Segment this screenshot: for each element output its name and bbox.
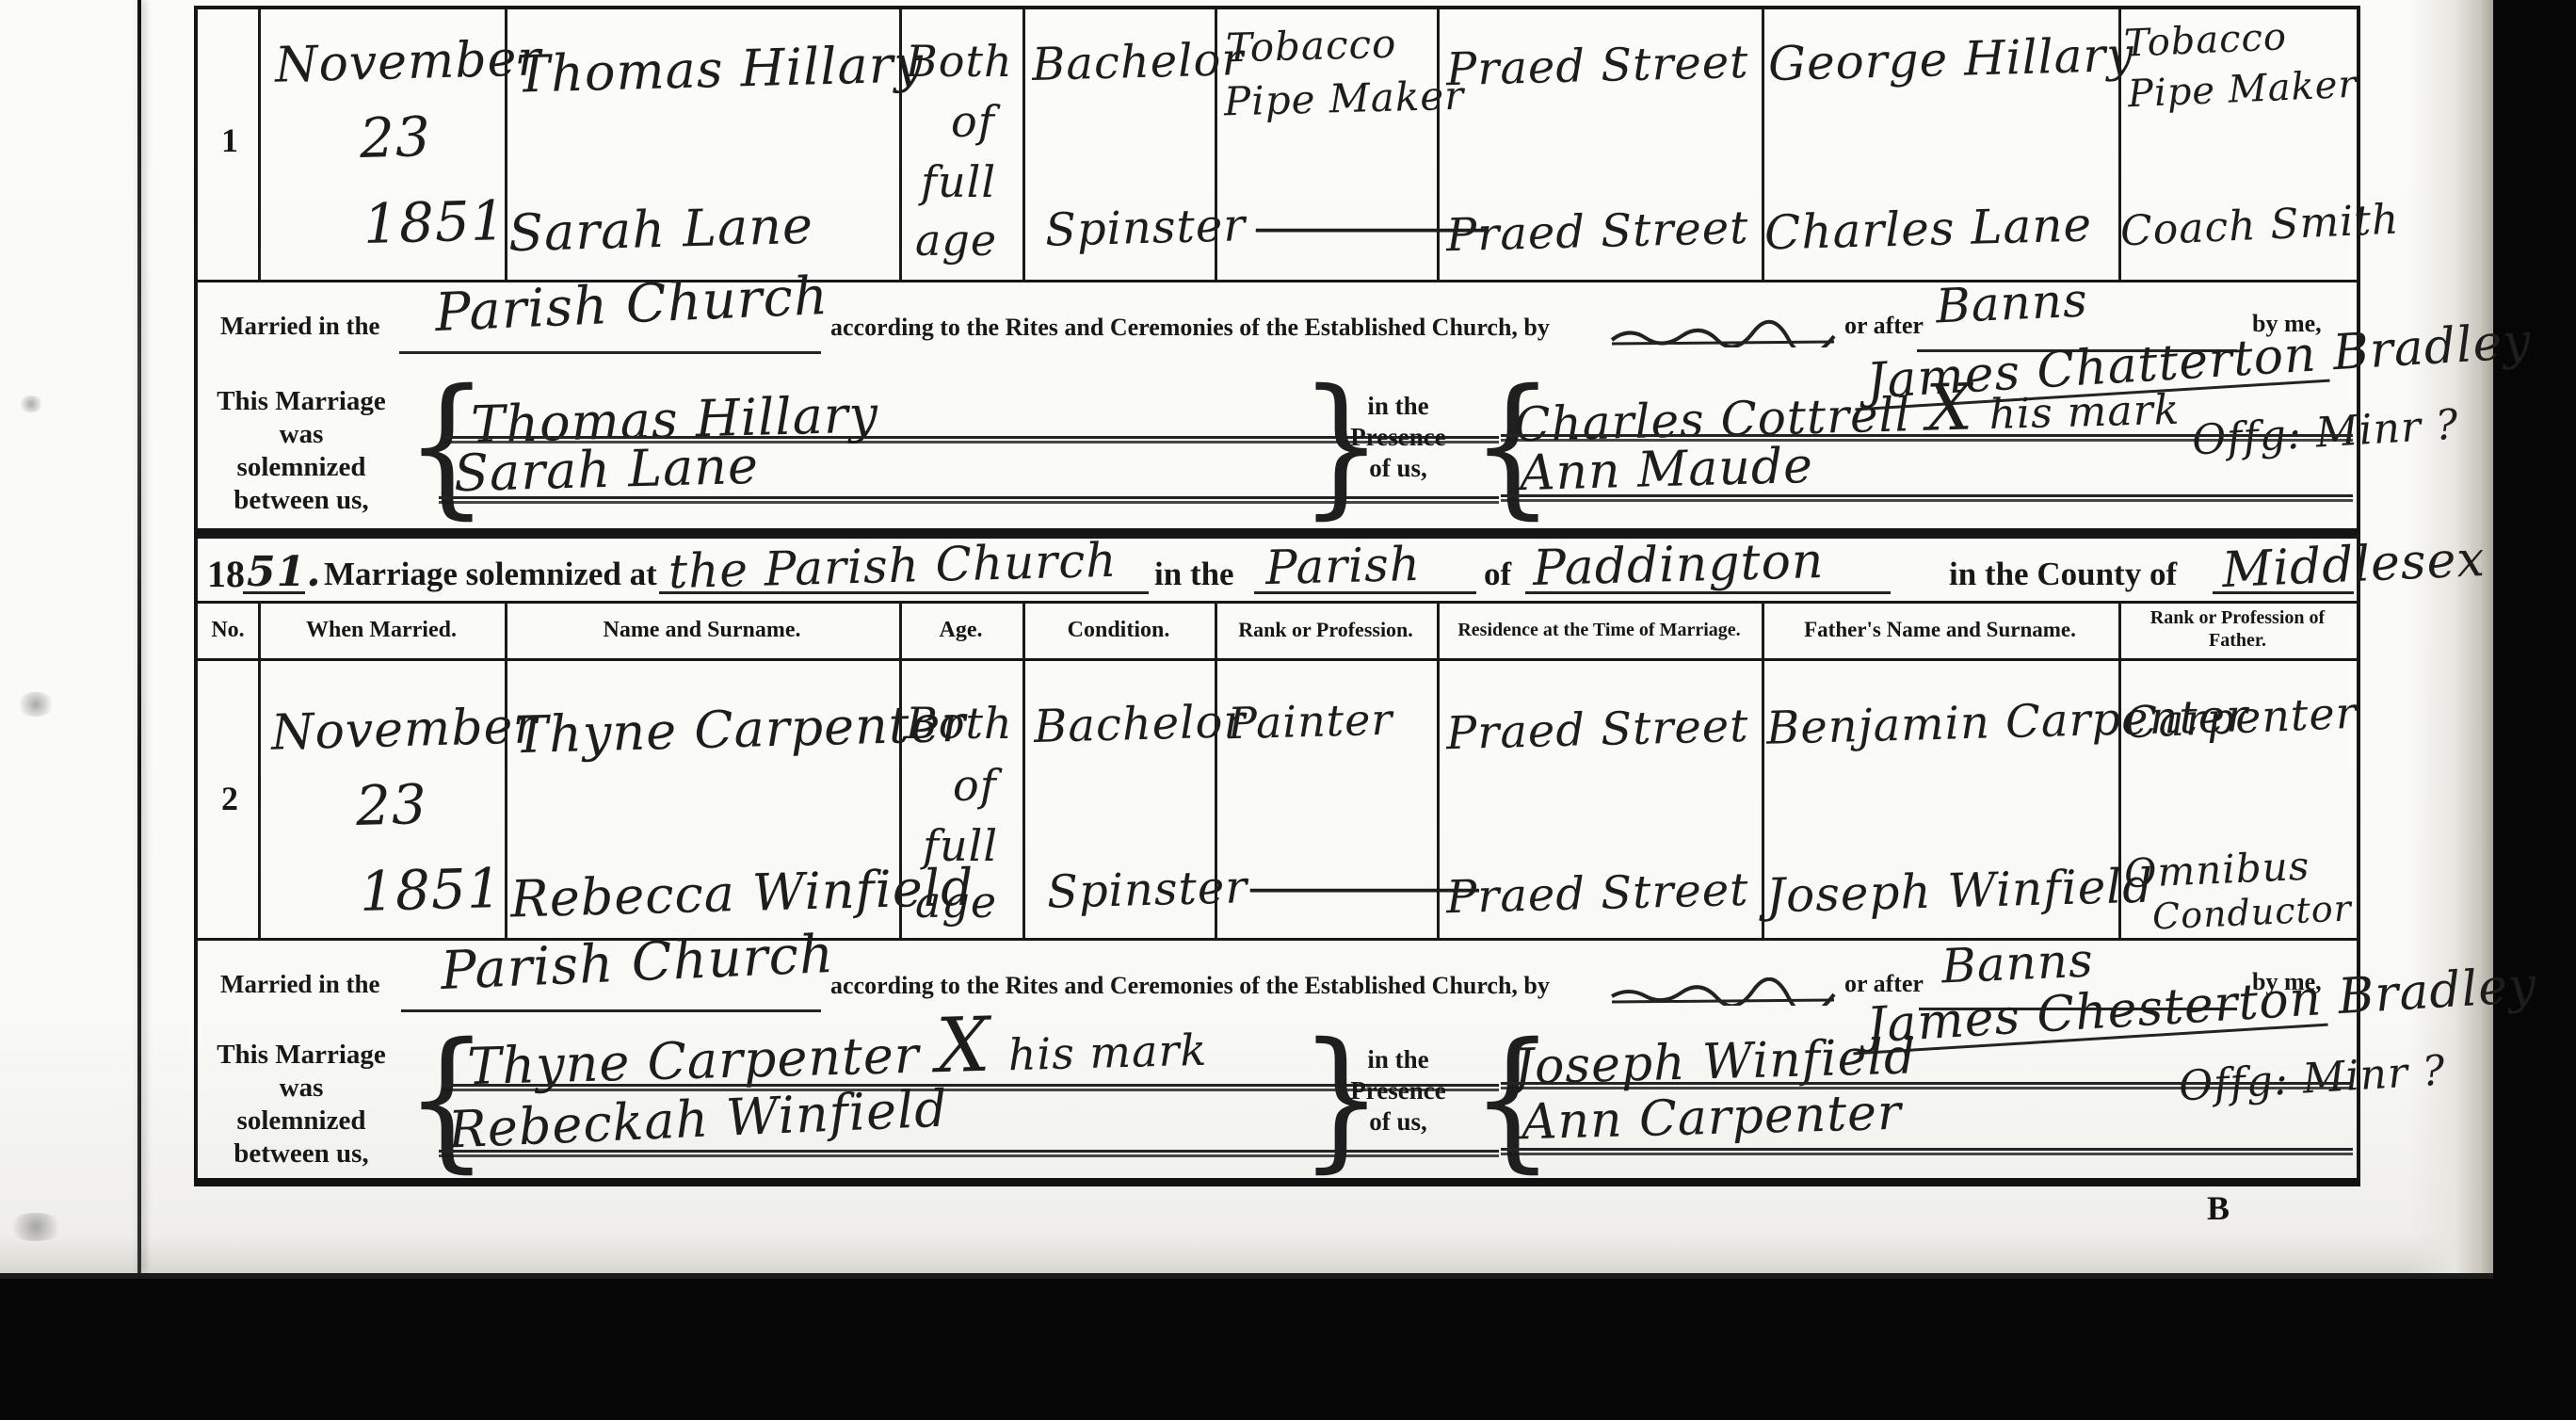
- label-line: solemnized: [200, 1105, 403, 1138]
- column-header-condition: Condition.: [1022, 618, 1215, 643]
- bride-rank-dash: —: [1239, 854, 1295, 918]
- or-after-label: or after: [1844, 970, 1924, 998]
- bride-signature-name: Sarah Lane: [453, 436, 759, 503]
- signature-line: [1501, 494, 2353, 497]
- rule-line: [399, 351, 821, 354]
- presence-label: in the Presence of us,: [1324, 1044, 1473, 1138]
- or-after-label: or after: [1844, 312, 1924, 340]
- register-page: 1 November 23 1851 Thomas Hillary Sarah …: [0, 0, 2493, 1279]
- title-solemnized-at: Marriage solemnized at: [324, 556, 657, 593]
- entry-row: 2 November 23 1851 Thyne Carpenter Rebec…: [198, 658, 2357, 938]
- signature-line: [1501, 1148, 2353, 1151]
- column-header-father-rank: Rank or Profession of Father.: [2118, 606, 2357, 652]
- groom-rank-line1: Tobacco: [1225, 21, 1397, 72]
- groom-name: Thyne Carpenter: [513, 694, 967, 766]
- column-header-no: No.: [198, 618, 258, 643]
- label-line: Presence: [1324, 422, 1473, 453]
- bride-father-rank-line2: Conductor: [2151, 887, 2353, 937]
- title-parish-word: Parish: [1264, 537, 1421, 595]
- label-line: was: [200, 1072, 403, 1105]
- age-word: Both: [906, 36, 1013, 87]
- register-title-band: 18 51. Marriage solemnized at the Parish…: [198, 539, 2357, 601]
- age-word: age: [915, 215, 997, 266]
- presence-label: in the Presence of us,: [1324, 391, 1473, 484]
- ink-smudge: [17, 692, 55, 717]
- bride-name: Sarah Lane: [507, 196, 813, 263]
- married-in-place: Parish Church: [434, 266, 829, 344]
- label-line: in the: [1324, 1044, 1473, 1075]
- age-word: full: [923, 820, 998, 871]
- column-header-father-name: Father's Name and Surname.: [1762, 618, 2118, 642]
- groom-mark-text: his mark: [1007, 1025, 1208, 1081]
- label-line: between us,: [200, 484, 403, 517]
- witness-2-signature: Ann Carpenter: [1521, 1085, 1902, 1152]
- label-line: solemnized: [200, 451, 403, 484]
- rule-line: [2213, 591, 2354, 594]
- bride-rank-dash: —: [1245, 194, 1300, 258]
- bride-signature: Sarah Lane: [453, 436, 759, 503]
- groom-condition: Bachelor: [1031, 33, 1245, 91]
- title-year-printed: 18: [207, 552, 245, 596]
- plate-letter: B: [2207, 1188, 2230, 1228]
- age-word: of: [951, 96, 995, 147]
- witness-2-name: Ann Carpenter: [1521, 1085, 1902, 1152]
- label-line: This Marriage: [200, 1039, 403, 1072]
- signature-band: This Marriage was solemnized between us,…: [198, 1031, 2357, 1172]
- groom-residence: Praed Street: [1445, 36, 1749, 96]
- entry-number: 2: [209, 779, 250, 818]
- entry-number: 1: [209, 121, 250, 160]
- witness-1-mark-text: his mark: [1988, 386, 2181, 439]
- title-year-script: 51.: [247, 548, 322, 596]
- label-line: was: [200, 418, 403, 451]
- this-marriage-label: This Marriage was solemnized between us,: [200, 385, 403, 517]
- groom-mark-x: X: [935, 1001, 991, 1089]
- signature-line: [1501, 434, 2353, 437]
- column-header-rank: Rank or Profession.: [1215, 618, 1437, 642]
- married-in-label: Married in the: [220, 970, 379, 999]
- bride-condition: Spinster: [1046, 861, 1248, 919]
- when-married-year: 1851: [362, 188, 507, 256]
- column-divider: [258, 9, 261, 280]
- bride-residence: Praed Street: [1445, 863, 1749, 924]
- groom-residence: Praed Street: [1445, 700, 1749, 760]
- ink-smudge: [19, 395, 43, 412]
- pen-scribble: [1610, 977, 1838, 1006]
- signature-band: This Marriage was solemnized between us,…: [198, 374, 2357, 526]
- label-line: in the: [1324, 391, 1473, 422]
- column-header-name-surname: Name and Surname.: [505, 618, 899, 643]
- age-word: age: [915, 877, 997, 928]
- header-line: Father.: [2118, 629, 2357, 652]
- when-married-day: 23: [359, 105, 432, 170]
- witness-2-name: Ann Maude: [1519, 438, 1813, 502]
- signature-line: [1501, 1082, 2353, 1085]
- binding-crease: [137, 0, 141, 1273]
- label-line: of us,: [1324, 1106, 1473, 1138]
- pen-scribble: [1610, 319, 1838, 347]
- bride-residence: Praed Street: [1445, 202, 1749, 262]
- when-married-month: November: [274, 30, 542, 93]
- rule-line: [243, 591, 305, 594]
- when-married-year: 1851: [359, 856, 503, 924]
- bride-name: Rebecca Winfield: [509, 858, 974, 929]
- title-place: the Parish Church: [668, 533, 1118, 599]
- title-county-label: in the County of: [1949, 556, 2177, 593]
- married-in-label: Married in the: [220, 312, 379, 341]
- groom-father-rank-line1: Tobacco: [2123, 15, 2288, 66]
- ink-smudge: [8, 1213, 64, 1241]
- column-header-residence: Residence at the Time of Marriage.: [1437, 620, 1762, 641]
- when-married-month: November: [270, 698, 539, 761]
- groom-father-rank-line2: Pipe Maker: [2127, 63, 2358, 117]
- age-word: Both: [906, 698, 1013, 749]
- register-entry-2-block: 18 51. Marriage solemnized at the Parish…: [194, 535, 2360, 1186]
- bride-father-name: Charles Lane: [1763, 197, 2093, 260]
- age-word: full: [921, 156, 996, 207]
- label-line: Presence: [1324, 1075, 1473, 1106]
- banns-word: Banns: [1935, 273, 2089, 334]
- title-in-the: in the: [1154, 556, 1234, 593]
- register-entry-1-block: 1 November 23 1851 Thomas Hillary Sarah …: [194, 6, 2360, 536]
- header-line: Rank or Profession of: [2118, 606, 2357, 629]
- witness-2-signature: Ann Maude: [1519, 438, 1813, 502]
- column-header-when-married: When Married.: [258, 618, 505, 643]
- title-of: of: [1484, 556, 1511, 593]
- column-header-age: Age.: [899, 618, 1022, 643]
- groom-name: Thomas Hillary: [515, 34, 925, 104]
- rule-line: [659, 591, 1149, 594]
- label-line: This Marriage: [200, 385, 403, 418]
- column-divider: [1022, 9, 1025, 280]
- when-married-day: 23: [355, 772, 428, 838]
- label-line: of us,: [1324, 453, 1473, 484]
- rule-line: [1525, 591, 1891, 594]
- this-marriage-label: This Marriage was solemnized between us,: [200, 1039, 403, 1170]
- bride-father-rank-line1: Omnibus: [2123, 843, 2310, 897]
- bride-father-name: Joseph Winfield: [1765, 859, 2154, 924]
- row-divider: [198, 601, 2357, 604]
- groom-condition: Bachelor: [1033, 695, 1247, 753]
- groom-rank-line1: Painter: [1227, 694, 1393, 750]
- title-county: Middlesex: [2221, 531, 2487, 599]
- bride-father-rank: Coach Smith: [2119, 196, 2400, 256]
- groom-rank-line2: Pipe Maker: [1223, 73, 1464, 125]
- label-line: between us,: [200, 1138, 403, 1170]
- age-word: of: [953, 760, 997, 811]
- groom-father-name: George Hillary: [1767, 27, 2134, 91]
- bride-condition: Spinster: [1044, 199, 1247, 257]
- title-parish-name: Paddington: [1532, 533, 1825, 597]
- rule-line: [1254, 591, 1476, 594]
- groom-father-rank: Carpenter: [2123, 687, 2359, 749]
- rites-label: according to the Rites and Ceremonies of…: [830, 314, 1550, 342]
